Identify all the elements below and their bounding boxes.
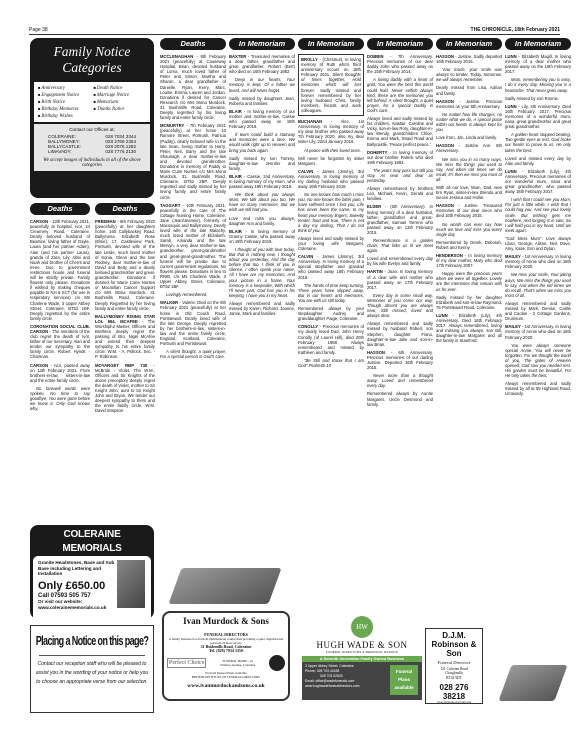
notice: Sadly missed by son Tommy, daughter-in-l…: [229, 156, 295, 171]
memoriam-column-5: In Memoriam LUNN - Elizabeth Magill. In …: [505, 38, 571, 400]
notices: BUCHANAN - Alec, 1st Anniversary. In lov…: [298, 119, 364, 368]
notice: A golden heart stopped beating, Two gent…: [505, 132, 571, 152]
notice: LUNN - Elizabeth (Lily), 4th Anniversary…: [505, 169, 571, 194]
office-phone: 028 7776 2130: [105, 149, 136, 154]
notices: LUNN - Elizabeth Magill. In loving memor…: [505, 54, 571, 397]
notice: MCCLENAGHAN - 9th February 2021 (peacefu…: [160, 54, 226, 120]
category-item: Birthday Memories: [38, 106, 91, 112]
ad-offer: Granite Headstones, Base and Sub Base in…: [38, 560, 116, 577]
placing-body: Contact our reception staff who will be …: [35, 660, 149, 687]
section-header-deaths: Deaths: [160, 38, 226, 50]
bible-image: [168, 568, 281, 604]
notice: DOHERTY - In loving memory of our dear b…: [367, 150, 433, 165]
notice: BALLYMONEY RISING STAR LOL 964. MCAFEE -…: [95, 314, 155, 360]
notice: Will never be forgotten by sister Margar…: [298, 156, 364, 166]
notice: LUNN - Lily, 4th Anniversary. Died 16th …: [505, 104, 571, 129]
boxed-notice: BROLLY - (Chestnut). In loving memory of…: [298, 54, 364, 116]
hw-logo-icon: HW: [351, 616, 373, 638]
ad-name: Ivan Murdock & Sons: [167, 616, 285, 626]
notice: BAXTER - Treasured memories of a dear fa…: [229, 54, 295, 74]
notice: "Be Still and Know that I am God" Psalm4…: [298, 358, 364, 368]
section-header-memoriam: In Memoriam: [367, 38, 433, 50]
notice: Sadly missed by her daughter Elizabeth a…: [436, 295, 502, 310]
notice: HENDERSON - In loving memory of my dear …: [436, 253, 502, 268]
contact-offices: Contact our Offices at: COLERAINE:028 70…: [34, 124, 150, 171]
ad-body: Granite Headstones, Base and Sub Base in…: [33, 556, 151, 628]
ad-role: Funeral Directors: [428, 660, 480, 665]
section-header-deaths: Deaths: [95, 203, 155, 215]
notice: WALKER - Valerie. Died on the 9th Februa…: [160, 300, 226, 346]
section-header-memoriam: In Memoriam: [436, 38, 502, 50]
category-item: Anniversary: [38, 85, 91, 91]
notice: Dearly missed from Lisa, Adrian and fami…: [436, 85, 502, 95]
notice: You were always someone special Annie. Y…: [505, 343, 571, 379]
notice: BLAIR - In loving memory of Granny Cassi…: [229, 229, 295, 244]
notice: The hands of time keep turning, Three ye…: [298, 283, 364, 303]
notice: Loved and remembered every day by his wi…: [367, 256, 433, 266]
notice: Remembrance is a golden chain, That link…: [367, 238, 433, 253]
notice: Remembered by Derek, Deborah, Robert and…: [436, 240, 502, 250]
category-item: Birth Notice: [38, 99, 91, 105]
crest-icon: [269, 655, 285, 671]
notice: Mum, remembering you is easy, I do it ev…: [505, 77, 571, 92]
notice: I wish that I could see you Mum, For jus…: [505, 197, 571, 233]
section-header-deaths: Deaths: [30, 203, 90, 215]
notice: Loved and missed every day by Alan and f…: [505, 156, 571, 166]
page-number: Page 38: [29, 27, 48, 33]
notice: A loving daddy with a heart of gold, You…: [367, 77, 433, 113]
category-item: Death Notice: [94, 85, 147, 91]
notice: Sadly missed by son Ronnie.: [505, 96, 571, 101]
notice: The years may pass but still you stay, A…: [367, 168, 433, 183]
notice: LUNN - Elizabeth Magill. In loving memor…: [505, 54, 571, 74]
notice: DOBBIN - 7th Anniversary. Precious memor…: [367, 54, 433, 74]
notice: "God bless Mum". Love always Lilian, Geo…: [505, 236, 571, 251]
ad-name: D.J.M.: [428, 631, 480, 640]
notice: LUNN - Elizabeth (Lily), 4th Anniversary…: [436, 313, 502, 344]
notice: No words can ever say how much we love a…: [436, 222, 502, 237]
category-item: Birthday Wishes: [38, 113, 91, 119]
notice: Always remembered and sadly missed by Ma…: [505, 301, 571, 321]
title-line-2: Categories: [34, 60, 150, 76]
notice: Remembered always by your stepdaughter A…: [298, 306, 364, 321]
notice: BLAIR - In loving memory of our mother a…: [229, 109, 295, 129]
notices: MCCLENAGHAN - 9th February 2021 (peacefu…: [160, 54, 226, 359]
notice: No one knows how much I miss you, No one…: [298, 192, 364, 233]
notice: HASSON - 6th Anniversary. Precious memor…: [367, 350, 433, 370]
deaths-column-2: Deaths FREEMAN - 8th February 2020 (peac…: [95, 203, 155, 416]
notice: At peace with their loved ones.: [298, 148, 364, 153]
ad-name: HUGH WADE & SON: [302, 640, 422, 650]
deaths-column-3: Deaths MCCLENAGHAN - 9th February 2021 (…: [160, 38, 226, 362]
notices: DOBBIN - 7th Anniversary. Precious memor…: [367, 54, 433, 407]
notice: BUCHANAN - Alec, 1st Anniversary. In lov…: [298, 119, 364, 144]
notice: Sadly missed by daughters Jean, Roberta …: [229, 96, 295, 106]
notice: MCMURTRY - 7th February 2021 (peacefully…: [160, 123, 226, 199]
ad-website-link[interactable]: www.ivanmurdockandsons.co.uk: [167, 683, 285, 689]
notice: HASSON - Justine. Treasured memories of …: [436, 203, 502, 218]
notice: HASSON - Justine. Precious memories on y…: [436, 99, 502, 109]
section-header-memoriam: In Memoriam: [298, 38, 364, 50]
notice: HASSON - Justine Ann. 6th Anniversary.: [436, 143, 502, 153]
notice: Deep in our hearts, Your memory is kept,…: [229, 77, 295, 92]
notice: MOYARGET RBP 730 - McBride - Violet. The…: [95, 363, 155, 414]
notice: With all our love, Mum, Dad, wee bro Rya…: [436, 185, 502, 200]
notice: No matter how life changes, no matter wh…: [436, 112, 502, 132]
notice: HARTIN - Joan. In loving memory of a dea…: [367, 269, 433, 289]
title-line-1: Family Notice: [34, 44, 150, 60]
funeral-home: FUNERAL HOME - 2a Windsor Avenue, Colera…: [218, 659, 258, 667]
placing-title: Placing a Notice on this page?: [35, 634, 149, 648]
notice: We miss you in so many ways, We miss the…: [436, 157, 502, 182]
images-note: We accept images of individuals in all o…: [40, 158, 144, 168]
notice: A silent thought, a quiet prayer, For a …: [160, 349, 226, 359]
hugh-wade-ad[interactable]: HW HUGH WADE & SON FUNERAL DIRECTORS & M…: [302, 610, 422, 706]
categories-title: Family Notice Categories: [34, 44, 150, 76]
notice: Lovingly remembered.: [160, 292, 226, 297]
notice: Always loved and sadly missed by your lo…: [298, 236, 364, 251]
notice: HASSON - Justine. Sadly departed 16th Fe…: [436, 54, 502, 64]
notice: CARSON - 13th February 2021, peacefully …: [30, 219, 90, 321]
ad-name: Robinson & Son: [428, 640, 480, 658]
headstone-image: [117, 560, 145, 608]
office-name: LIMAVADY:: [48, 149, 72, 154]
notice: If tears could build a stairway and memo…: [229, 132, 295, 152]
notice: Every day in some small way, Memories of…: [367, 293, 433, 318]
ad-address: BT44 9DT: [428, 676, 480, 680]
divider: [39, 655, 145, 656]
bible-image: [498, 665, 567, 701]
category-item: Memoriam: [94, 99, 147, 105]
notice: We think about you always Mum, We talk a…: [229, 192, 295, 212]
notice: CARSON - Ivor, passed away on 13th Febru…: [30, 363, 90, 383]
contact-title: Contact our Offices at:: [40, 127, 144, 132]
notice: MAILEY - 1st Anniversary. In loving memo…: [505, 254, 571, 269]
ad-phone: Tel. (028) 7034 3350: [167, 649, 285, 653]
notices: CARSON - 13th February 2021, peacefully …: [30, 219, 90, 411]
notices: BAXTER - Treasured memories of a dear fa…: [229, 54, 295, 316]
notice: FREEMAN - 8th February 2020 (peacefully)…: [95, 219, 155, 311]
notice: Love from, Jim, Linda and family.: [436, 135, 502, 140]
placing-notice-box: Placing a Notice on this page? Contact o…: [30, 625, 154, 713]
notice: Love and miss you always, daughter Ann a…: [229, 216, 295, 226]
notice: Your touch, your smile was always so ten…: [436, 67, 502, 82]
notice: Always loved and sadly missed by his chi…: [367, 116, 433, 147]
perfect-choice-logo: Perfect Choice: [167, 658, 206, 668]
category-item: Engagement Notice: [38, 92, 91, 98]
ad-sub: FUNERAL DIRECTORS & MEMORIAL MASONS: [302, 650, 422, 654]
notice: Always remembered by brothers Leo, Micha…: [367, 186, 433, 201]
notices: HASSON - Justine. Sadly departed 16th Fe…: [436, 54, 502, 344]
funeral-plans-badge: Funeral Plans available: [390, 665, 418, 695]
office-row: LIMAVADY:028 7776 2130: [40, 149, 144, 154]
notice: ELDER - (6th Anniversary). In loving mem…: [367, 204, 433, 235]
memoriam-column-2: In Memoriam BROLLY - (Chestnut). In lovi…: [298, 38, 364, 371]
coleraine-memorials-ad[interactable]: COLERAINE MEMORIALS Granite Headstones, …: [30, 525, 154, 619]
category-item: Thanks Notice: [94, 106, 147, 112]
category-list: Anniversary Death Notice Engagement Noti…: [34, 82, 150, 122]
notice: I thought of you with love today, But th…: [229, 247, 295, 298]
publication-date: THE CHRONICLE, 18th February 2021: [471, 27, 560, 33]
notice: BLAIR - Cassie, 2nd Anniversary. In lovi…: [229, 174, 295, 189]
memoriam-column-4: In Memoriam HASSON - Justine. Sadly depa…: [436, 38, 502, 347]
section-header-memoriam: In Memoriam: [229, 38, 295, 50]
section-header-memoriam: In Memoriam: [505, 38, 571, 50]
notice: TAGGART - 10th February 2021, peacefully…: [160, 203, 226, 290]
notices: FREEMAN - 8th February 2020 (peacefully)…: [95, 219, 155, 413]
ad-phone: 028 276 38218: [428, 683, 480, 701]
notice: CONOLLY - Precious memories of my dearly…: [298, 324, 364, 355]
page-header: Page 38 THE CHRONICLE, 18th February 202…: [29, 25, 560, 35]
notice: No farewell words were spoken, No time t…: [30, 386, 90, 411]
ad-bif: BRITISH INSTITUTE OF FUNERAL DIRECTORS: [167, 675, 285, 679]
notice: Remembered always by Auntie Margaret, Un…: [367, 391, 433, 406]
memoriam-column-3: In Memoriam DOBBIN - 7th Anniversary. Pr…: [367, 38, 433, 410]
notice: Happy were the precious years when we we…: [436, 271, 502, 291]
deaths-column-1: Deaths CARSON - 13th February 2021, peac…: [30, 203, 90, 414]
notice: CALVIN - James (Jimmy), 3rd Anniversary.…: [298, 254, 364, 279]
memoriam-column-1: In Memoriam BAXTER - Treasured memories …: [229, 38, 295, 319]
notice: CALVIN - James (Jimmy), 3rd Anniversary.…: [298, 169, 364, 189]
notice: CORONATION SOCIAL CLUB. CARSON - The mem…: [30, 324, 90, 360]
family-notice-categories: Family Notice Categories Anniversary Dea…: [30, 38, 154, 198]
djm-robinson-ad[interactable]: D.J.M. Robinson & Son Funeral Directors …: [425, 628, 483, 704]
notice: Always remembered and sadly missed by Ka…: [229, 301, 295, 316]
notice: MAILEY - 1st Anniversary. In loving memo…: [505, 324, 571, 339]
notice: Never more than a thought away, Loved an…: [367, 373, 433, 388]
category-item: Marriage Notice: [94, 92, 147, 98]
notice: We miss your smile, Your joking ways, We…: [505, 272, 571, 297]
notice: Always remembered and sadly missed by hu…: [367, 321, 433, 346]
notice: Always remembered and sadly missed by al…: [505, 381, 571, 396]
ad-contact: 3 Upper Abbey Street, Coleraine Phone: 0…: [302, 662, 422, 700]
ad-title: COLERAINE MEMORIALS: [33, 528, 151, 556]
ivan-murdock-ad[interactable]: Ivan Murdock & Sons FUNERAL DIRECTORS A …: [162, 611, 290, 701]
ad-website-link[interactable]: www.robinsonsofculcrum.com: [428, 701, 480, 704]
